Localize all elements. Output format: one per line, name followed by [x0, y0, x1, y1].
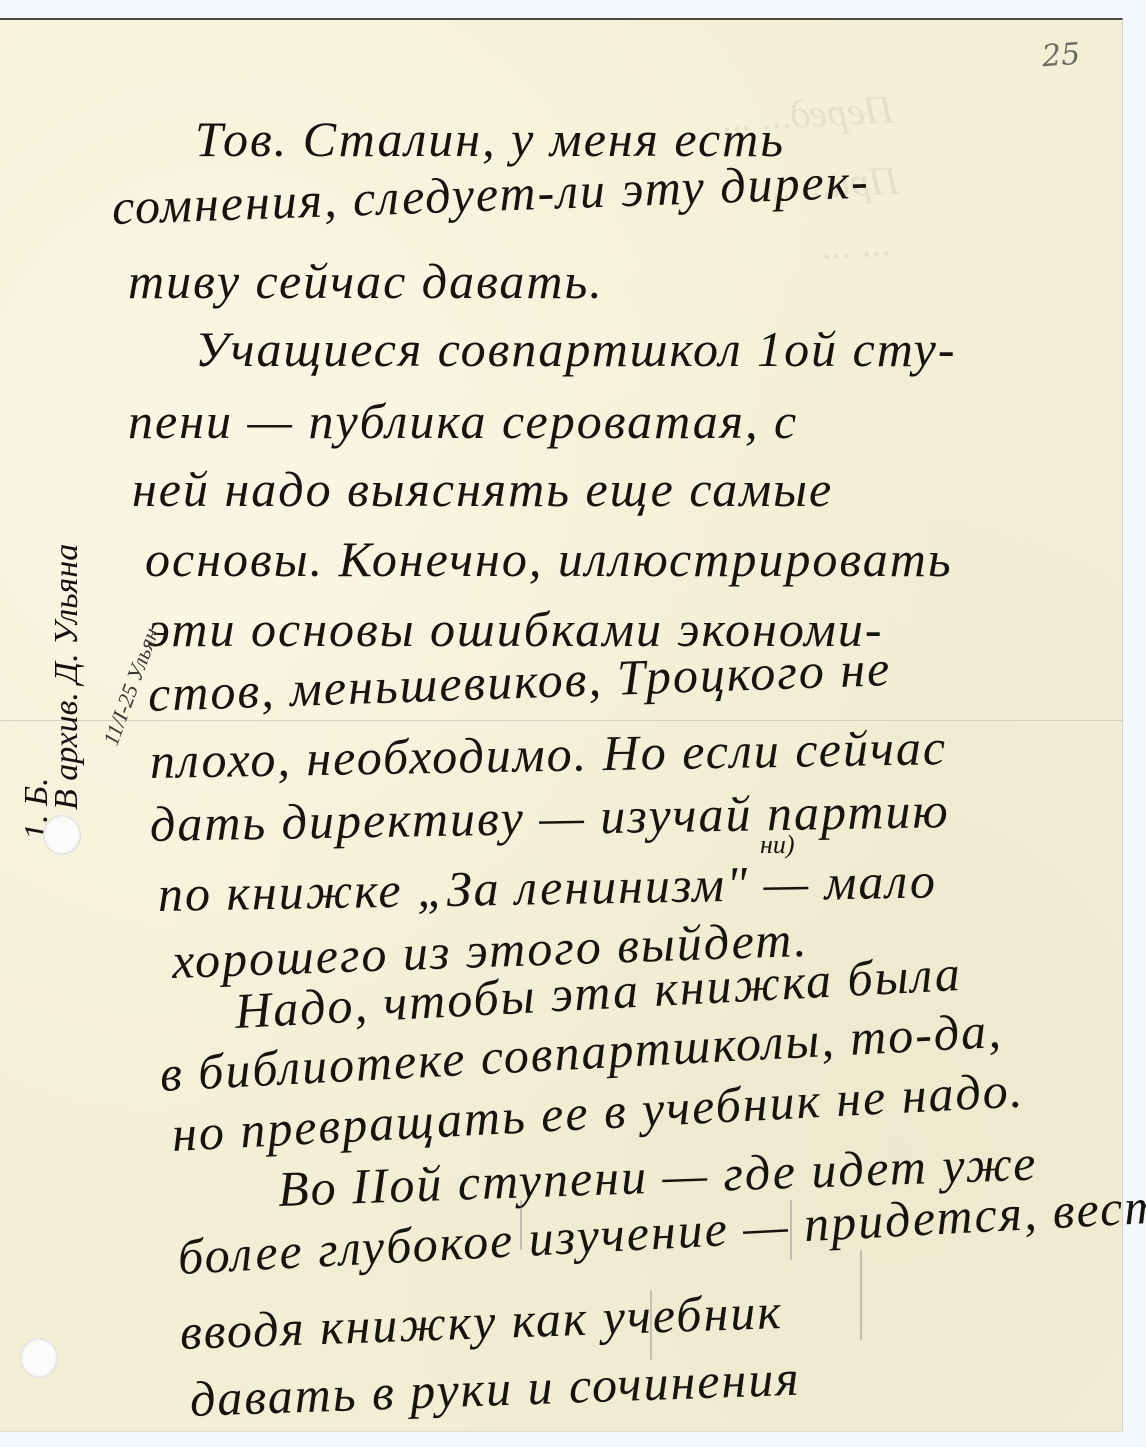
- letter-page: Перед... ... При... ... ... ... 25 Тов. …: [0, 18, 1123, 1432]
- ink-smudge: [860, 1250, 862, 1340]
- punch-hole-upper: [43, 815, 81, 855]
- ink-smudge: [790, 1200, 792, 1260]
- letter-line-11: дать директиву — изучай партию: [149, 781, 950, 853]
- bleed-through-text: ... ...: [819, 218, 891, 269]
- margin-note-2: В архив. Д. Ульяна: [48, 544, 86, 810]
- letter-line-4: Учащиеся совпартшкол 1ой сту-: [195, 320, 957, 378]
- letter-line-12: по книжке „За ленинизм" — мало: [157, 851, 937, 923]
- letter-line-10: плохо, необходимо. Но если сейчас: [149, 718, 947, 790]
- ink-smudge: [650, 1290, 652, 1360]
- letter-line-20: давать в руки и сочинения: [189, 1349, 801, 1428]
- letter-line-6: ней надо выяснять еще самые: [132, 460, 833, 518]
- punch-hole-lower: [20, 1338, 58, 1378]
- letter-line-5: пени — публика сероватая, с: [128, 392, 798, 450]
- ink-smudge: [520, 1200, 522, 1250]
- letter-line-3: тиву сейчас давать.: [128, 252, 604, 310]
- letter-line-7: основы. Конечно, иллюстрировать: [145, 530, 953, 588]
- letter-line-19: вводя книжку как учебник: [179, 1282, 784, 1361]
- page-number: 25: [1041, 37, 1082, 75]
